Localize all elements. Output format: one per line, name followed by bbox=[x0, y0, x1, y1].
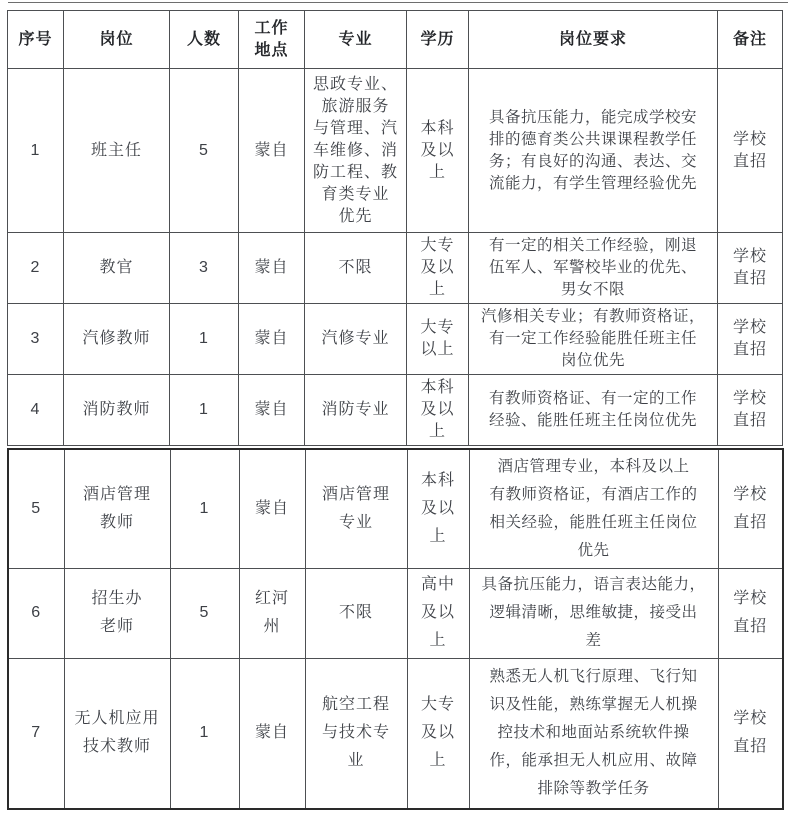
cell-location: 蒙自 bbox=[239, 375, 305, 446]
cell-major: 不限 bbox=[305, 233, 407, 304]
cell-requirements: 汽修相关专业；有教师资格证， 有一定工作经验能胜任班主任 岗位优先 bbox=[469, 304, 718, 375]
header-education: 学历 bbox=[407, 11, 469, 69]
cell-major: 不限 bbox=[305, 568, 407, 658]
cell-count: 3 bbox=[170, 233, 239, 304]
header-note: 备注 bbox=[718, 11, 783, 69]
cell-count: 5 bbox=[170, 69, 239, 233]
header-count: 人数 bbox=[170, 11, 239, 69]
cell-education: 本科 及以 上 bbox=[407, 375, 469, 446]
cell-education: 大专 以上 bbox=[407, 304, 469, 375]
header-requirements: 岗位要求 bbox=[469, 11, 718, 69]
header-row: 序号 岗位 人数 工作 地点 专业 学历 岗位要求 备注 bbox=[8, 11, 783, 69]
cell-position: 无人机应用 技术教师 bbox=[64, 658, 170, 809]
table-row: 1 班主任 5 蒙自 思政专业、 旅游服务 与管理、汽 车维修、消 防工程、教 … bbox=[8, 69, 783, 233]
cell-no: 6 bbox=[8, 568, 64, 658]
header-location: 工作 地点 bbox=[239, 11, 305, 69]
cell-no: 7 bbox=[8, 658, 64, 809]
cell-major: 思政专业、 旅游服务 与管理、汽 车维修、消 防工程、教 育类专业 优先 bbox=[305, 69, 407, 233]
cell-location: 蒙自 bbox=[239, 449, 305, 568]
cell-count: 1 bbox=[170, 375, 239, 446]
cell-location: 蒙自 bbox=[239, 233, 305, 304]
cell-requirements: 具备抗压能力，能完成学校安 排的德育类公共课课程教学任 务；有良好的沟通、表达、… bbox=[469, 69, 718, 233]
cell-major: 汽修专业 bbox=[305, 304, 407, 375]
cell-position: 班主任 bbox=[64, 69, 170, 233]
cell-position: 教官 bbox=[64, 233, 170, 304]
cell-position: 消防教师 bbox=[64, 375, 170, 446]
cell-major: 消防专业 bbox=[305, 375, 407, 446]
cell-no: 1 bbox=[8, 69, 64, 233]
cell-no: 4 bbox=[8, 375, 64, 446]
cell-note: 学校 直招 bbox=[718, 233, 783, 304]
cell-education: 本科 及以 上 bbox=[407, 449, 469, 568]
cell-note: 学校 直招 bbox=[718, 375, 783, 446]
cell-note: 学校 直招 bbox=[718, 304, 783, 375]
cell-education: 高中 及以 上 bbox=[407, 568, 469, 658]
cell-major: 酒店管理 专业 bbox=[305, 449, 407, 568]
table-row: 6 招生办 老师 5 红河 州 不限 高中 及以 上 具备抗压能力，语言表达能力… bbox=[8, 568, 783, 658]
header-major: 专业 bbox=[305, 11, 407, 69]
cell-no: 5 bbox=[8, 449, 64, 568]
cell-major: 航空工程 与技术专 业 bbox=[305, 658, 407, 809]
cell-note: 学校 直招 bbox=[718, 658, 783, 809]
cell-location: 蒙自 bbox=[239, 69, 305, 233]
table-row: 4 消防教师 1 蒙自 消防专业 本科 及以 上 有教师资格证、有一定的工作 经… bbox=[8, 375, 783, 446]
cell-requirements: 有一定的相关工作经验，刚退 伍军人、军警校毕业的优先、 男女不限 bbox=[469, 233, 718, 304]
cell-location: 红河 州 bbox=[239, 568, 305, 658]
job-table-upper: 序号 岗位 人数 工作 地点 专业 学历 岗位要求 备注 1 班主任 5 蒙自 … bbox=[7, 10, 783, 446]
cell-education: 本科 及以 上 bbox=[407, 69, 469, 233]
header-position: 岗位 bbox=[64, 11, 170, 69]
header-no: 序号 bbox=[8, 11, 64, 69]
cell-location: 蒙自 bbox=[239, 304, 305, 375]
cell-requirements: 熟悉无人机飞行原理、飞行知 识及性能，熟练掌握无人机操 控技术和地面站系统软件操… bbox=[469, 658, 718, 809]
cell-requirements: 具备抗压能力，语言表达能力， 逻辑清晰，思维敏捷，接受出 差 bbox=[469, 568, 718, 658]
cell-position: 酒店管理 教师 bbox=[64, 449, 170, 568]
cell-count: 1 bbox=[170, 658, 239, 809]
table-row: 5 酒店管理 教师 1 蒙自 酒店管理 专业 本科 及以 上 酒店管理专业，本科… bbox=[8, 449, 783, 568]
cell-note: 学校 直招 bbox=[718, 69, 783, 233]
cell-location: 蒙自 bbox=[239, 658, 305, 809]
cell-position: 招生办 老师 bbox=[64, 568, 170, 658]
cell-requirements: 有教师资格证、有一定的工作 经验、能胜任班主任岗位优先 bbox=[469, 375, 718, 446]
recruitment-table-page: 序号 岗位 人数 工作 地点 专业 学历 岗位要求 备注 1 班主任 5 蒙自 … bbox=[0, 0, 788, 818]
cell-count: 5 bbox=[170, 568, 239, 658]
table-row: 3 汽修教师 1 蒙自 汽修专业 大专 以上 汽修相关专业；有教师资格证， 有一… bbox=[8, 304, 783, 375]
cell-position: 汽修教师 bbox=[64, 304, 170, 375]
cell-count: 1 bbox=[170, 449, 239, 568]
cell-education: 大专 及以 上 bbox=[407, 233, 469, 304]
cell-no: 2 bbox=[8, 233, 64, 304]
cell-note: 学校 直招 bbox=[718, 449, 783, 568]
cell-count: 1 bbox=[170, 304, 239, 375]
job-table-lower: 5 酒店管理 教师 1 蒙自 酒店管理 专业 本科 及以 上 酒店管理专业，本科… bbox=[7, 448, 784, 810]
cell-note: 学校 直招 bbox=[718, 568, 783, 658]
cell-requirements: 酒店管理专业，本科及以上 有教师资格证，有酒店工作的 相关经验，能胜任班主任岗位… bbox=[469, 449, 718, 568]
cell-education: 大专 及以 上 bbox=[407, 658, 469, 809]
table-row: 2 教官 3 蒙自 不限 大专 及以 上 有一定的相关工作经验，刚退 伍军人、军… bbox=[8, 233, 783, 304]
cell-no: 3 bbox=[8, 304, 64, 375]
top-rule-line bbox=[8, 2, 788, 3]
table-row: 7 无人机应用 技术教师 1 蒙自 航空工程 与技术专 业 大专 及以 上 熟悉… bbox=[8, 658, 783, 809]
